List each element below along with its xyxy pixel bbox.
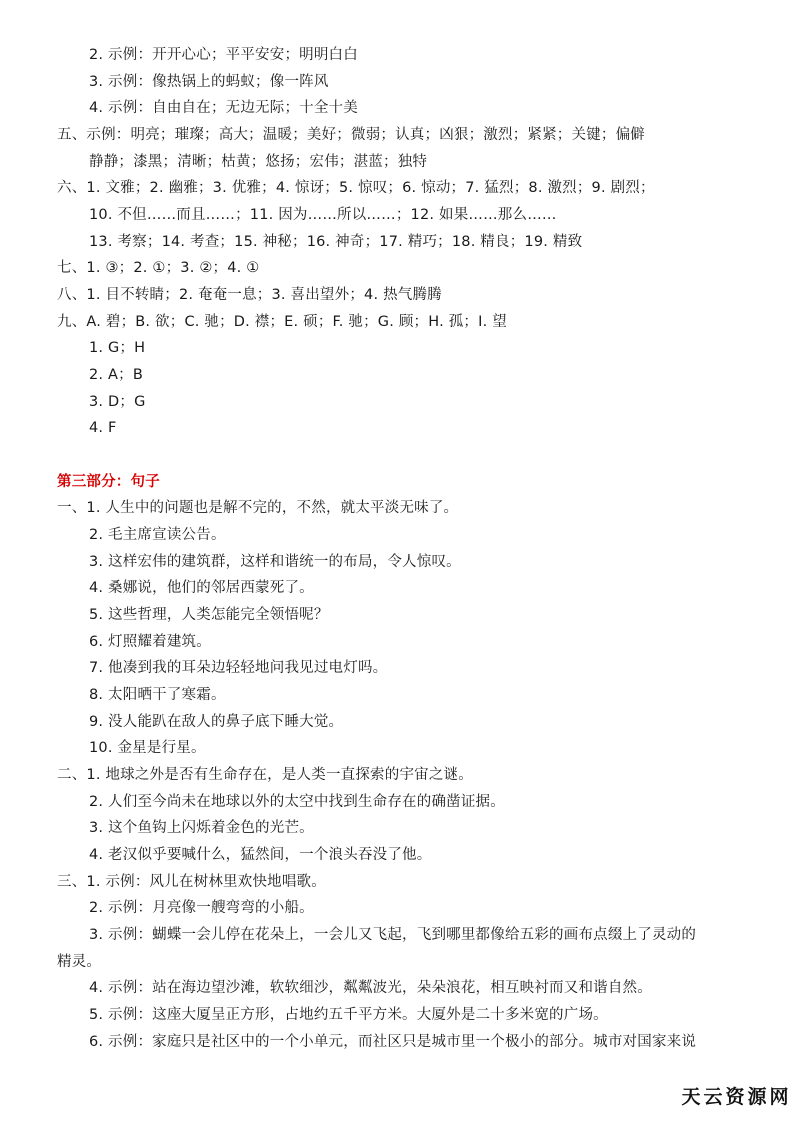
text-line: 8. 太阳晒干了寒霜。 [89, 685, 226, 705]
text-line: 5. 这些哲理，人类怎能完全领悟呢？ [89, 605, 329, 625]
text-line: 八、1. 目不转睛；2. 奄奄一息；3. 喜出望外；4. 热气腾腾 [57, 285, 442, 305]
text-line: 2. 毛主席宣读公告。 [89, 525, 226, 545]
text-line: 2. 人们至今尚未在地球以外的太空中找到生命存在的确凿证据。 [89, 792, 505, 812]
text-line: 9. 没人能趴在敌人的鼻子底下睡大觉。 [89, 712, 343, 732]
text-line: 2. 示例：月亮像一艘弯弯的小船。 [89, 898, 314, 918]
text-line: 10. 金星是行星。 [89, 738, 206, 758]
text-line: 2. 示例：开开心心；平平安安；明明白白 [89, 45, 358, 65]
text-line: 10. 不但……而且……；11. 因为……所以……；12. 如果……那么…… [89, 205, 557, 225]
section-heading: 第三部分：句子 [57, 472, 160, 492]
text-line: 九、A. 碧；B. 欲；C. 驰；D. 襟；E. 硕；F. 驰；G. 顾；H. … [57, 312, 507, 332]
text-line: 5. 示例：这座大厦呈正方形，占地约五千平方米。大厦外是二十多米宽的广场。 [89, 1005, 608, 1025]
text-line: 3. 示例：像热锅上的蚂蚁；像一阵风 [89, 72, 329, 92]
text-line: 精灵。 [57, 952, 101, 972]
text-line: 3. 这个鱼钩上闪烁着金色的光芒。 [89, 818, 314, 838]
text-line: 6. 灯照耀着建筑。 [89, 632, 211, 652]
text-line: 4. F [89, 418, 117, 438]
text-line: 3. 示例：蝴蝶一会儿停在花朵上，一会儿又飞起，飞到哪里都像给五彩的画布点缀上了… [89, 925, 696, 945]
text-line: 2. A；B [89, 365, 143, 385]
text-line: 六、1. 文雅；2. 幽雅；3. 优雅；4. 惊讶；5. 惊叹；6. 惊动；7.… [57, 178, 655, 198]
text-line: 7. 他凑到我的耳朵边轻轻地问我见过电灯吗。 [89, 658, 387, 678]
text-line: 4. 桑娜说，他们的邻居西蒙死了。 [89, 578, 314, 598]
text-line: 3. 这样宏伟的建筑群，这样和谐统一的布局，令人惊叹。 [89, 552, 461, 572]
text-line: 3. D；G [89, 392, 146, 412]
text-line: 13. 考察；14. 考查；15. 神秘；16. 神奇；17. 精巧；18. 精… [89, 232, 582, 252]
text-line: 4. 示例：自由自在；无边无际；十全十美 [89, 98, 358, 118]
text-line: 二、1. 地球之外是否有生命存在，是人类一直探索的宇宙之谜。 [57, 765, 473, 785]
text-line: 五、示例：明亮；璀璨；高大；温暖；美好；微弱；认真；凶狠；激烈；紧紧；关键；偏僻 [57, 125, 645, 145]
text-line: 4. 老汉似乎要喊什么，猛然间，一个浪头吞没了他。 [89, 845, 431, 865]
text-line: 4. 示例：站在海边望沙滩，软软细沙，粼粼波光，朵朵浪花，相互映衬而又和谐自然。 [89, 978, 652, 998]
text-line: 静静；漆黑；清晰；枯黄；悠扬；宏伟；湛蓝；独特 [89, 152, 427, 172]
watermark-logo: 天云资源网 [680, 1082, 793, 1109]
text-line: 1. G；H [89, 338, 145, 358]
text-line: 6. 示例：家庭只是社区中的一个小单元，而社区只是城市里一个极小的部分。城市对国… [89, 1032, 696, 1052]
text-line: 一、1. 人生中的问题也是解不完的，不然，就太平淡无味了。 [57, 498, 458, 518]
text-line: 三、1. 示例：风儿在树林里欢快地唱歌。 [57, 872, 326, 892]
text-line: 七、1. ③；2. ①；3. ②；4. ① [57, 258, 259, 278]
